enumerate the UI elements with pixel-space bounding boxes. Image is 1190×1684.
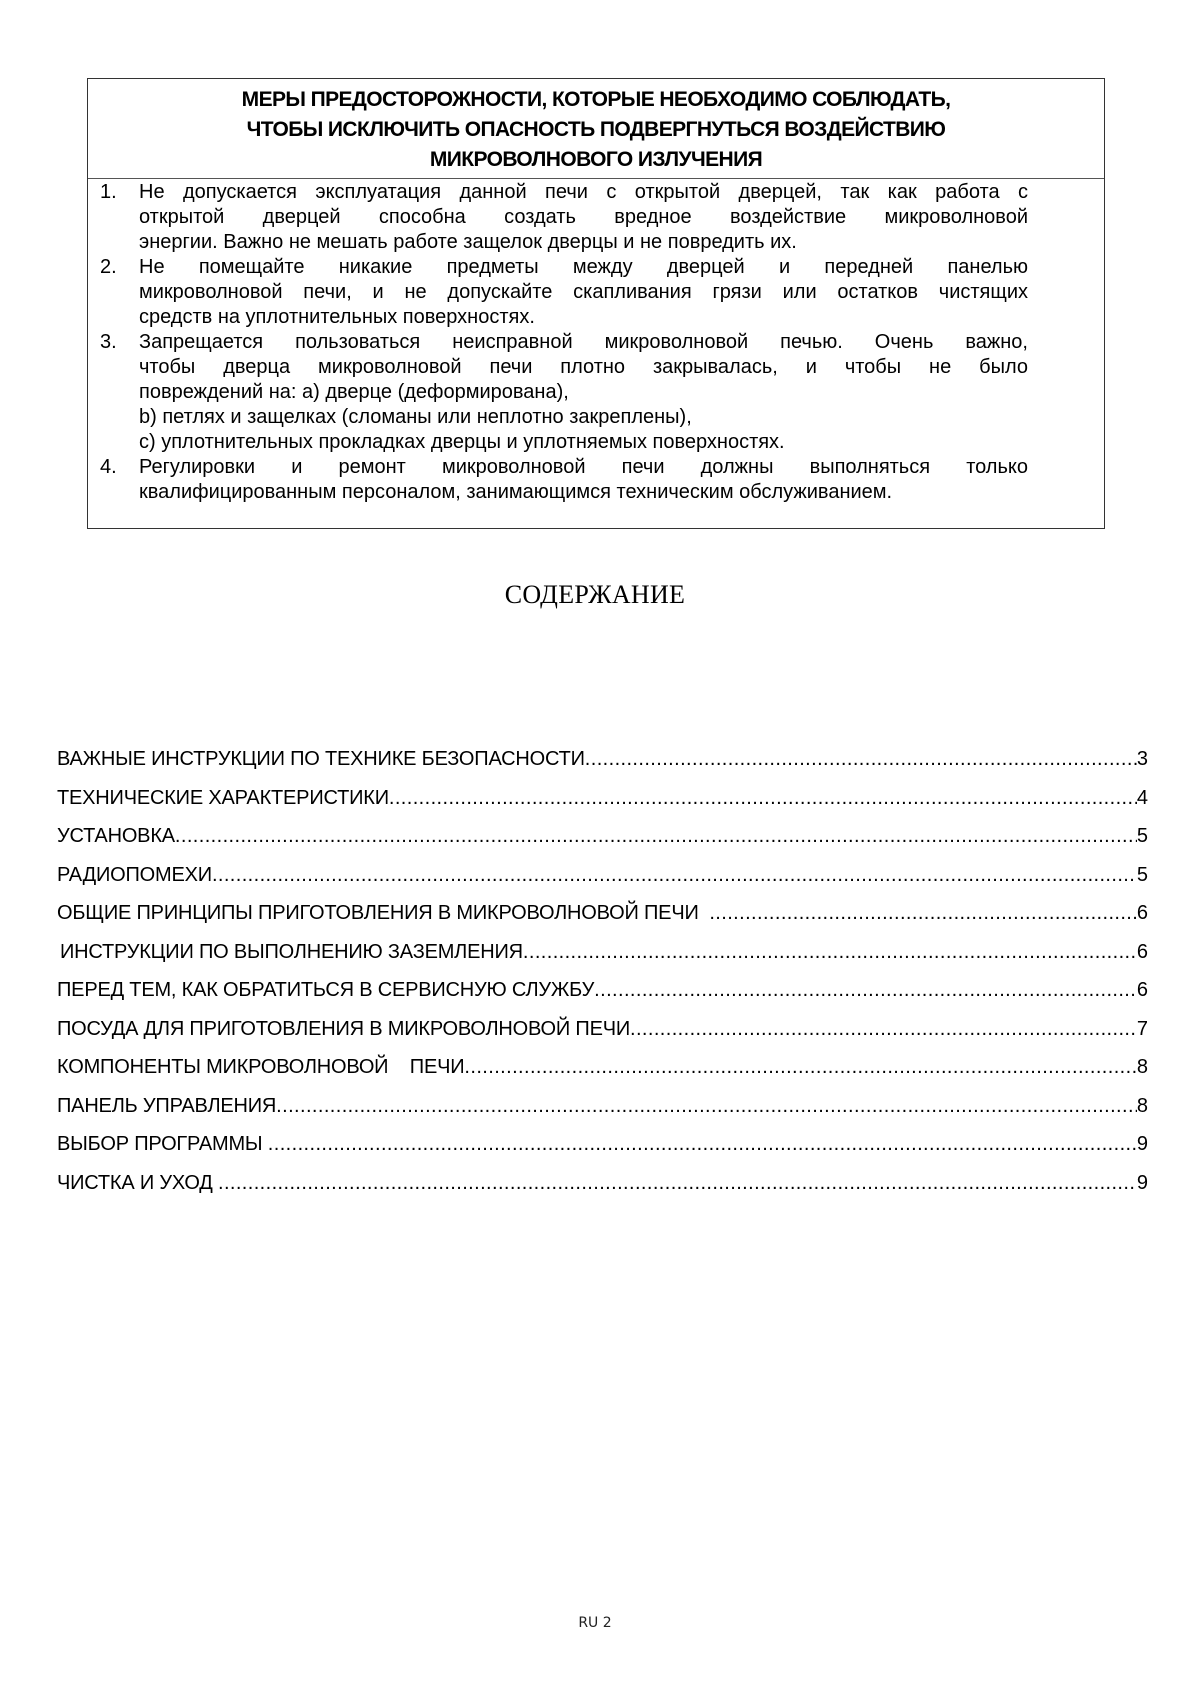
toc-entry[interactable]: РАДИОПОМЕХИ 5 [57,856,1148,895]
toc-dot-leader [218,1164,1137,1203]
table-of-contents: ВАЖНЫЕ ИНСТРУКЦИИ ПО ТЕХНИКЕ БЕЗОПАСНОСТ… [57,740,1148,1202]
precaution-text-line: средств на уплотнительных поверхностях. [139,305,1028,330]
toc-entry-label: ОБЩИЕ ПРИНЦИПЫ ПРИГОТОВЛЕНИЯ В МИКРОВОЛН… [57,894,709,933]
toc-entry-label: ТЕХНИЧЕСКИЕ ХАРАКТЕРИСТИКИ [57,779,389,818]
safety-title-line: ЧТОБЫ ИСКЛЮЧИТЬ ОПАСНОСТЬ ПОДВЕРГНУТЬСЯ … [88,115,1104,145]
toc-entry-label: КОМПОНЕНТЫ МИКРОВОЛНОВОЙ ПЕЧИ [57,1048,464,1087]
safety-title-line: МИКРОВОЛНОВОГО ИЗЛУЧЕНИЯ [88,145,1104,175]
precaution-text-line: b) петлях и защелках (сломаны или неплот… [139,405,1028,430]
toc-dot-leader [212,856,1137,895]
toc-dot-leader [630,1010,1137,1049]
toc-entry-page: 9 [1137,1164,1148,1203]
safety-box-title: МЕРЫ ПРЕДОСТОРОЖНОСТИ, КОТОРЫЕ НЕОБХОДИМ… [88,79,1104,179]
toc-entry[interactable]: ПЕРЕД ТЕМ, КАК ОБРАТИТЬСЯ В СЕРВИСНУЮ СЛ… [57,971,1148,1010]
toc-entry[interactable]: ВЫБОР ПРОГРАММЫ 9 [57,1125,1148,1164]
toc-entry-page: 6 [1137,933,1148,972]
precaution-text-line: Не помещайте никакие предметы между двер… [139,255,1028,280]
precaution-item: 1. Не допускается эксплуатация данной пе… [88,180,1104,255]
precaution-text-line: микроволновой печи, и не допускайте скап… [139,280,1028,305]
precaution-number: 1. [100,180,117,205]
toc-dot-leader [464,1048,1136,1087]
toc-entry-page: 7 [1137,1010,1148,1049]
toc-title: СОДЕРЖАНИЕ [0,580,1190,610]
toc-entry-page: 5 [1137,817,1148,856]
toc-entry[interactable]: ВАЖНЫЕ ИНСТРУКЦИИ ПО ТЕХНИКЕ БЕЗОПАСНОСТ… [57,740,1148,779]
toc-entry[interactable]: УСТАНОВКА 5 [57,817,1148,856]
toc-dot-leader [585,740,1137,779]
precaution-text-line: повреждений на: a) дверце (деформирована… [139,380,1028,405]
toc-entry-page: 5 [1137,856,1148,895]
toc-entry[interactable]: КОМПОНЕНТЫ МИКРОВОЛНОВОЙ ПЕЧИ 8 [57,1048,1148,1087]
toc-entry-label: ПОСУДА ДЛЯ ПРИГОТОВЛЕНИЯ В МИКРОВОЛНОВОЙ… [57,1010,630,1049]
toc-entry-page: 3 [1137,740,1148,779]
precaution-number: 4. [100,455,117,480]
toc-entry[interactable]: ПАНЕЛЬ УПРАВЛЕНИЯ 8 [57,1087,1148,1126]
precaution-text-line: Запрещается пользоваться неисправной мик… [139,330,1028,355]
toc-entry-page: 9 [1137,1125,1148,1164]
toc-dot-leader [268,1125,1137,1164]
toc-entry-page: 6 [1137,894,1148,933]
toc-dot-leader [594,971,1137,1010]
toc-entry[interactable]: ТЕХНИЧЕСКИЕ ХАРАКТЕРИСТИКИ 4 [57,779,1148,818]
toc-entry-label: РАДИОПОМЕХИ [57,856,212,895]
toc-entry-page: 6 [1137,971,1148,1010]
toc-dot-leader [389,779,1137,818]
precaution-item: 2. Не помещайте никакие предметы между д… [88,255,1104,330]
precaution-text-line: квалифицированным персоналом, занимающим… [139,480,1028,505]
precaution-number: 3. [100,330,117,355]
precaution-text-line: Регулировки и ремонт микроволновой печи … [139,455,1028,480]
toc-entry[interactable]: ИНСТРУКЦИИ ПО ВЫПОЛНЕНИЮ ЗАЗЕМЛЕНИЯ 6 [57,933,1148,972]
toc-entry-page: 8 [1137,1048,1148,1087]
toc-entry[interactable]: ЧИСТКА И УХОД 9 [57,1164,1148,1203]
toc-dot-leader [523,933,1137,972]
toc-entry-label: ИНСТРУКЦИИ ПО ВЫПОЛНЕНИЮ ЗАЗЕМЛЕНИЯ [60,933,523,972]
precaution-item: 4. Регулировки и ремонт микроволновой пе… [88,455,1104,505]
toc-dot-leader [276,1087,1137,1126]
precaution-text-line: энергии. Важно не мешать работе защелок … [139,230,1028,255]
toc-entry-label: УСТАНОВКА [57,817,175,856]
toc-dot-leader [709,894,1137,933]
safety-precautions-list: 1. Не допускается эксплуатация данной пе… [88,179,1104,505]
precaution-text-line: открытой дверцей способна создать вредно… [139,205,1028,230]
precaution-text-line: чтобы дверца микроволновой печи плотно з… [139,355,1028,380]
precaution-number: 2. [100,255,117,280]
toc-entry-page: 4 [1137,779,1148,818]
microwave-safety-precautions-box: МЕРЫ ПРЕДОСТОРОЖНОСТИ, КОТОРЫЕ НЕОБХОДИМ… [87,78,1105,529]
toc-entry[interactable]: ПОСУДА ДЛЯ ПРИГОТОВЛЕНИЯ В МИКРОВОЛНОВОЙ… [57,1010,1148,1049]
toc-dot-leader [175,817,1137,856]
toc-entry-label: ПЕРЕД ТЕМ, КАК ОБРАТИТЬСЯ В СЕРВИСНУЮ СЛ… [57,971,594,1010]
safety-title-line: МЕРЫ ПРЕДОСТОРОЖНОСТИ, КОТОРЫЕ НЕОБХОДИМ… [88,85,1104,115]
toc-entry[interactable]: ОБЩИЕ ПРИНЦИПЫ ПРИГОТОВЛЕНИЯ В МИКРОВОЛН… [57,894,1148,933]
precaution-text-line: c) уплотнительных прокладках дверцы и уп… [139,430,1028,455]
toc-entry-label: ВЫБОР ПРОГРАММЫ [57,1125,268,1164]
toc-entry-label: ПАНЕЛЬ УПРАВЛЕНИЯ [57,1087,276,1126]
toc-entry-label: ЧИСТКА И УХОД [57,1164,218,1203]
page-number-footer: RU 2 [0,1615,1190,1631]
toc-entry-page: 8 [1137,1087,1148,1126]
precaution-item: 3. Запрещается пользоваться неисправной … [88,330,1104,455]
toc-entry-label: ВАЖНЫЕ ИНСТРУКЦИИ ПО ТЕХНИКЕ БЕЗОПАСНОСТ… [57,740,585,779]
precaution-text-line: Не допускается эксплуатация данной печи … [139,180,1028,205]
